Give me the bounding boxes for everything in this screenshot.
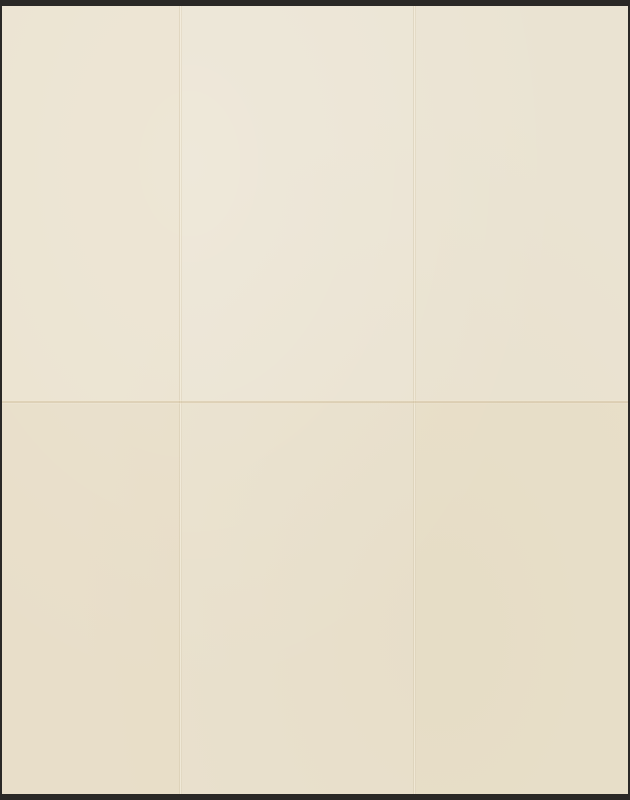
- paper-panel-top-center: [182, 6, 414, 402]
- paper-panel-bottom-right: [416, 404, 628, 794]
- paper-panel-top-left: [2, 6, 180, 402]
- paper-sheet: [2, 6, 628, 794]
- horizontal-fold-line: [2, 400, 628, 404]
- paper-panel-top-right: [416, 6, 628, 402]
- paper-panel-bottom-center: [182, 404, 414, 794]
- paper-panel-bottom-left: [2, 404, 180, 794]
